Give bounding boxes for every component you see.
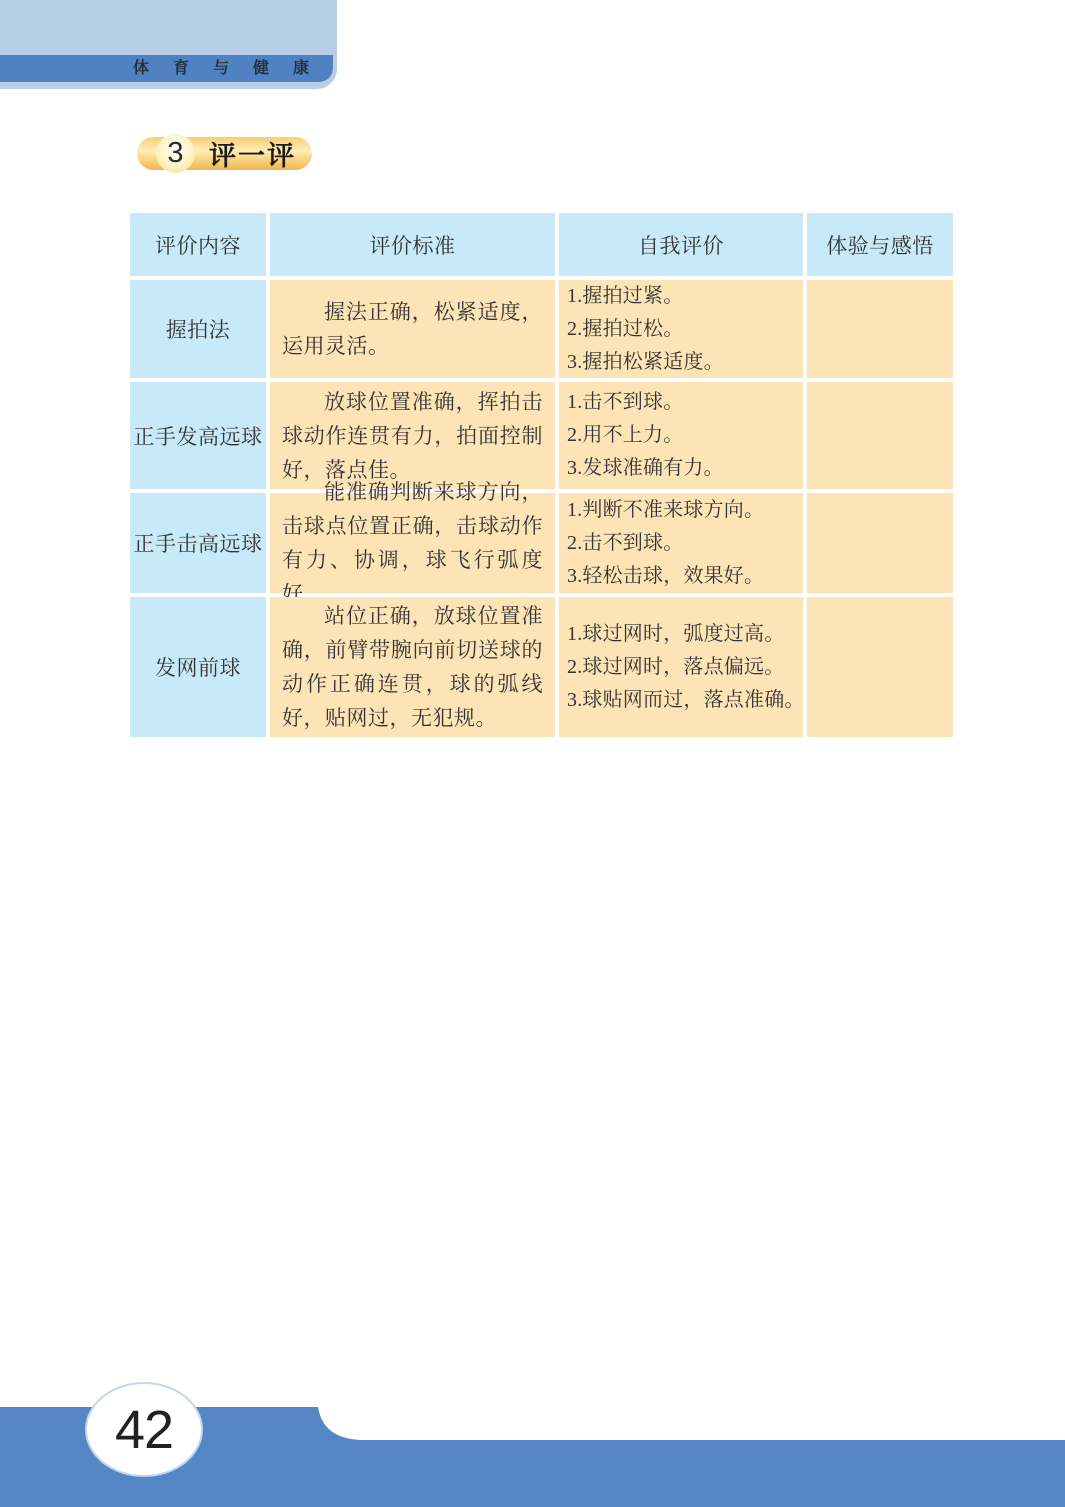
self-eval-item: 3.球贴网而过，落点准确。 (567, 684, 797, 717)
self-eval-item: 2.击不到球。 (567, 527, 797, 560)
evaluation-table: 评价内容 评价标准 自我评价 体验与感悟 握拍法 握法正确，松紧适度，运用灵活。… (130, 213, 953, 737)
experience-cell (807, 493, 953, 593)
eval-content-cell: 正手发高远球 (130, 382, 266, 489)
eval-content-cell: 正手击高远球 (130, 493, 266, 593)
section-number: 3 (167, 139, 183, 168)
eval-content-cell: 发网前球 (130, 597, 266, 737)
self-eval-item: 3.握拍松紧适度。 (567, 346, 797, 379)
self-eval-cell: 1.球过网时，弧度过高。 2.球过网时，落点偏远。 3.球贴网而过，落点准确。 (559, 597, 803, 737)
self-eval-cell: 1.判断不准来球方向。 2.击不到球。 3.轻松击球，效果好。 (559, 493, 803, 593)
self-eval-item: 1.握拍过紧。 (567, 280, 797, 313)
textbook-page: 体育与健康 3 评一评 评价内容 评价标准 自我评价 体验与感悟 握拍法 握法正… (0, 0, 1065, 1507)
section-number-circle: 3 (156, 134, 195, 173)
experience-cell (807, 280, 953, 378)
column-header-content: 评价内容 (130, 213, 266, 276)
section-badge-label: 评一评 (209, 137, 296, 170)
standard-text: 放球位置准确，挥拍击球动作连贯有力，拍面控制好，落点佳。 (282, 385, 543, 487)
experience-cell (807, 597, 953, 737)
self-eval-item: 3.发球准确有力。 (567, 452, 797, 485)
column-header-experience: 体验与感悟 (807, 213, 953, 276)
self-eval-item: 2.握拍过松。 (567, 313, 797, 346)
page-header-title: 体育与健康 (133, 55, 333, 82)
self-eval-item: 2.用不上力。 (567, 419, 797, 452)
page-number-ellipse: 42 (85, 1382, 203, 1477)
eval-content-cell: 握拍法 (130, 280, 266, 378)
column-header-standard: 评价标准 (270, 213, 555, 276)
section-badge: 3 评一评 (137, 137, 312, 170)
eval-standard-cell: 放球位置准确，挥拍击球动作连贯有力，拍面控制好，落点佳。 (270, 382, 555, 489)
standard-text: 能准确判断来球方向，击球点位置正确，击球动作有力、协调，球飞行弧度好。 (282, 475, 543, 611)
self-eval-item: 2.球过网时，落点偏远。 (567, 651, 797, 684)
column-header-self-eval: 自我评价 (559, 213, 803, 276)
header-band: 体育与健康 (0, 55, 333, 82)
eval-standard-cell: 站位正确，放球位置准确，前臂带腕向前切送球的动作正确连贯，球的弧线好，贴网过，无… (270, 597, 555, 737)
eval-standard-cell: 握法正确，松紧适度，运用灵活。 (270, 280, 555, 378)
self-eval-cell: 1.击不到球。 2.用不上力。 3.发球准确有力。 (559, 382, 803, 489)
self-eval-item: 1.球过网时，弧度过高。 (567, 618, 797, 651)
standard-text: 站位正确，放球位置准确，前臂带腕向前切送球的动作正确连贯，球的弧线好，贴网过，无… (282, 599, 543, 735)
self-eval-item: 3.轻松击球，效果好。 (567, 560, 797, 593)
page-number: 42 (115, 1399, 173, 1461)
self-eval-item: 1.击不到球。 (567, 386, 797, 419)
self-eval-item: 1.判断不准来球方向。 (567, 494, 797, 527)
self-eval-cell: 1.握拍过紧。 2.握拍过松。 3.握拍松紧适度。 (559, 280, 803, 378)
experience-cell (807, 382, 953, 489)
standard-text: 握法正确，松紧适度，运用灵活。 (282, 295, 543, 363)
eval-standard-cell: 能准确判断来球方向，击球点位置正确，击球动作有力、协调，球飞行弧度好。 (270, 493, 555, 593)
